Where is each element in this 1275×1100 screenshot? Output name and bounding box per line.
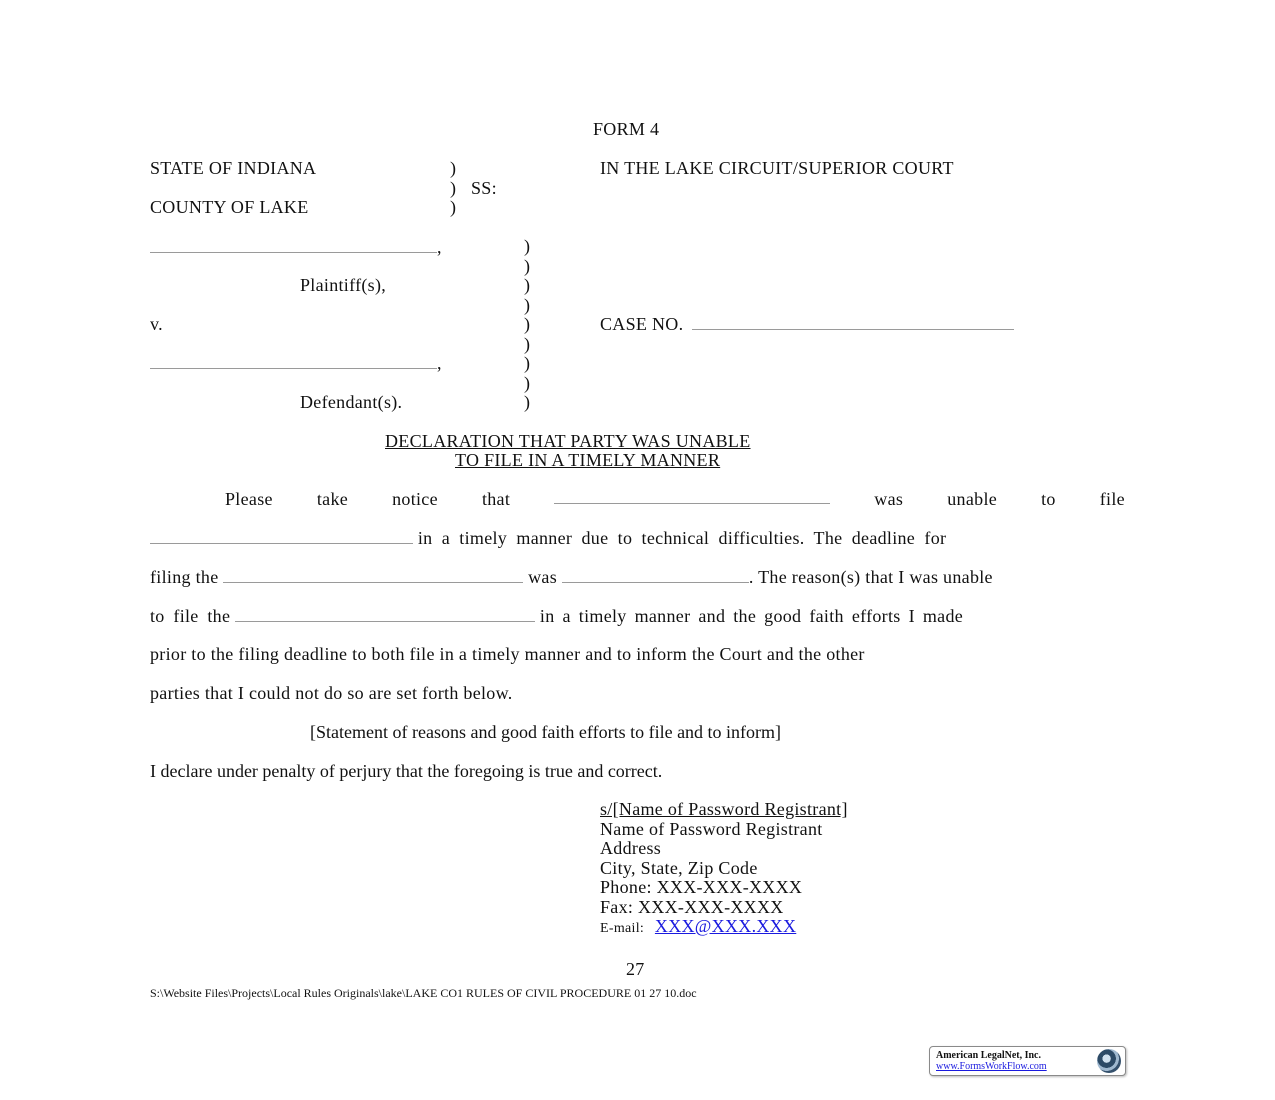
declaration-heading-line1: DECLARATION THAT PARTY WAS UNABLE (385, 431, 751, 451)
email-link[interactable]: XXX@XXX.XXX (655, 916, 796, 936)
registrant-name: Name of Password Registrant (600, 820, 848, 840)
court-name: IN THE LAKE CIRCUIT/SUPERIOR COURT (600, 158, 954, 178)
company-url-link[interactable]: www.FormsWorkFlow.com (936, 1061, 1047, 1072)
case-no-label: CASE NO. (600, 314, 683, 334)
paren: ) (524, 374, 530, 394)
defendant-label: Defendant(s). (300, 392, 402, 412)
text: in a timely manner and the good faith ef… (540, 606, 963, 626)
registrant-address: Address (600, 839, 848, 859)
signature-line: s/[Name of Password Registrant] (600, 800, 848, 820)
registrant-phone: Phone: XXX-XXX-XXXX (600, 878, 848, 898)
body-line-4: to file the in a timely manner and the g… (150, 606, 963, 626)
document-blank[interactable] (150, 529, 413, 544)
word: take (317, 489, 348, 509)
case-number-field[interactable]: CASE NO. (600, 314, 1014, 334)
defendant-blank[interactable] (150, 354, 437, 369)
defendant-name-field[interactable]: , (150, 353, 442, 373)
legalnet-badge[interactable]: American LegalNet, Inc. www.FormsWorkFlo… (929, 1046, 1126, 1076)
text: to file the (150, 606, 230, 626)
body-line-1: Please take notice that was unable to fi… (150, 489, 1125, 509)
comma: , (437, 353, 442, 373)
body-line-5: prior to the filing deadline to both fil… (150, 644, 865, 664)
text: filing the (150, 567, 219, 587)
signature-block: s/[Name of Password Registrant] Name of … (600, 800, 848, 939)
company-name: American LegalNet, Inc. (936, 1050, 1041, 1061)
word: Please (225, 489, 273, 509)
body-line-6: parties that I could not do so are set f… (150, 683, 513, 703)
paren: ) (524, 276, 530, 296)
registrant-city: City, State, Zip Code (600, 859, 848, 879)
declaration-heading-line2: TO FILE IN A TIMELY MANNER (455, 450, 720, 470)
county-label: COUNTY OF LAKE (150, 197, 309, 217)
state-label: STATE OF INDIANA (150, 158, 316, 178)
word: file (1100, 489, 1125, 509)
file-path: S:\Website Files\Projects\Local Rules Or… (150, 986, 697, 1001)
declaration-statement: I declare under penalty of perjury that … (150, 761, 662, 781)
paren: ) (524, 354, 530, 374)
page-number: 27 (626, 959, 645, 979)
versus-label: v. (150, 314, 163, 334)
word: unable (947, 489, 997, 509)
plaintiff-blank[interactable] (150, 238, 437, 253)
email-label: E-mail: (600, 921, 644, 936)
ss-label: SS: (471, 178, 497, 198)
party-paren-column: ) ) ) ) ) ) ) ) ) (524, 237, 530, 413)
text: . The reason(s) that I was unable (749, 567, 993, 587)
form-title: FORM 4 (593, 119, 659, 139)
paren: ) (524, 393, 530, 413)
paren: ) (524, 296, 530, 316)
paren: ) (524, 315, 530, 335)
globe-logo-icon (1097, 1049, 1121, 1073)
body-line-3: filing the was . The reason(s) that I wa… (150, 567, 993, 587)
text: in a timely manner due to technical diff… (418, 528, 946, 548)
paren: ) (524, 257, 530, 277)
filing-document-blank[interactable] (223, 568, 523, 583)
paren: ) (524, 335, 530, 355)
late-document-blank[interactable] (235, 607, 535, 622)
caption-paren: ) (450, 178, 456, 198)
word: that (482, 489, 510, 509)
paren: ) (524, 237, 530, 257)
caption-paren: ) (450, 197, 456, 217)
caption-paren: ) (450, 158, 456, 178)
word: was (874, 489, 903, 509)
comma: , (437, 237, 442, 257)
registrant-fax: Fax: XXX-XXX-XXXX (600, 898, 848, 918)
body-line-2: in a timely manner due to technical diff… (150, 528, 1125, 548)
party-name-blank[interactable] (554, 489, 830, 504)
text: was (528, 567, 557, 587)
plaintiff-label: Plaintiff(s), (300, 275, 386, 295)
word: to (1041, 489, 1056, 509)
case-no-blank[interactable] (692, 315, 1014, 330)
deadline-blank[interactable] (562, 568, 749, 583)
statement-placeholder: [Statement of reasons and good faith eff… (310, 722, 781, 742)
word: notice (392, 489, 438, 509)
plaintiff-name-field[interactable]: , (150, 237, 442, 257)
